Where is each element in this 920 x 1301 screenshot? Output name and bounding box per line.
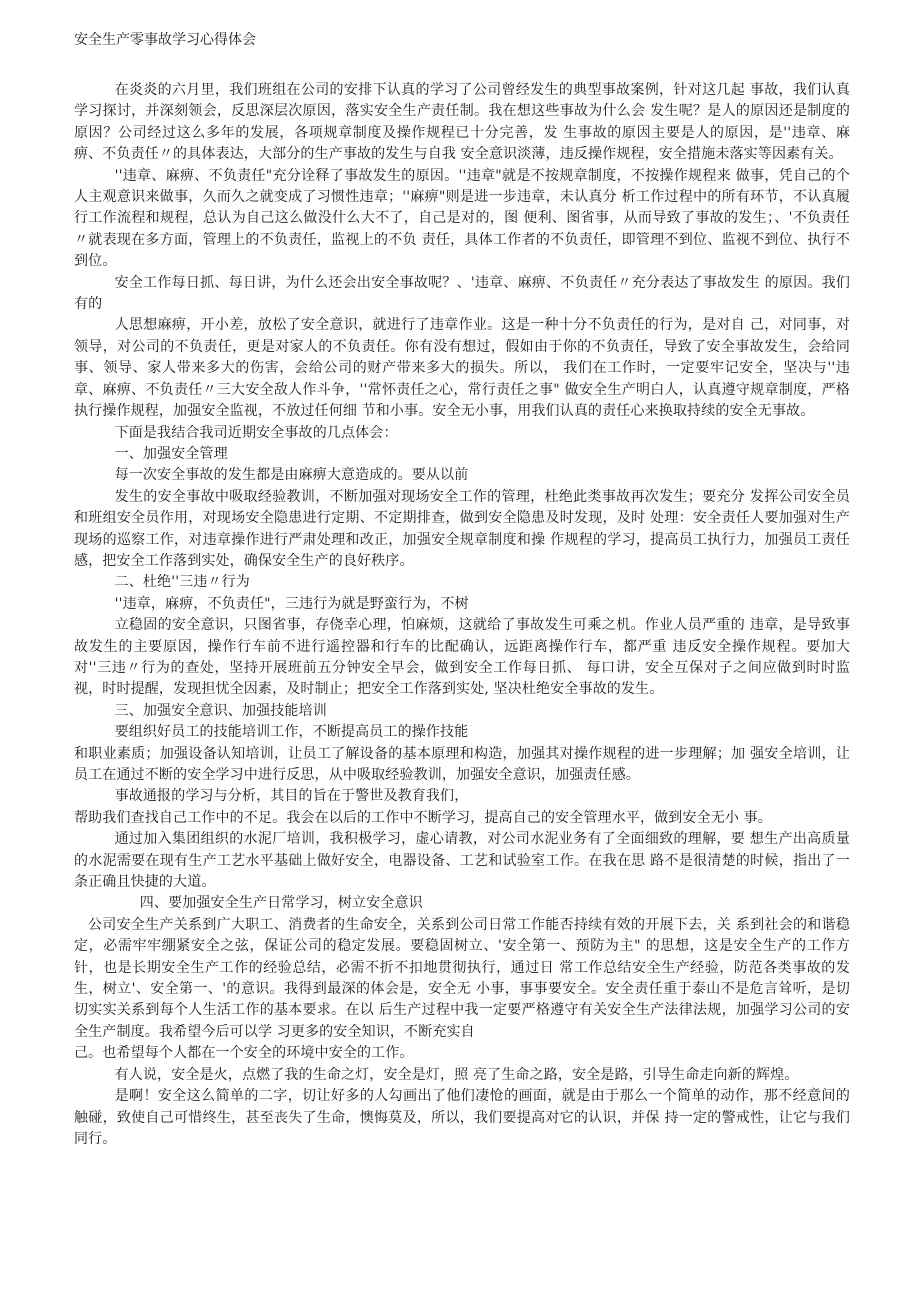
paragraph: 要组织好员工的技能培训工作，不断提高员工的操作技能 — [74, 722, 850, 743]
paragraph: 三、加强安全意识、加强技能培训 — [74, 701, 850, 722]
paragraph: 和职业素质；加强设备认知培训，让员工了解设备的基本原理和构造，加强其对操作规程的… — [74, 744, 850, 787]
paragraph: 安全工作每日抓、每日讲，为什么还会出安全事故呢？、'违章、麻痹、不负责任〃充分表… — [74, 273, 850, 316]
paragraph: 事故通报的学习与分析，其目的旨在于警世及教育我们， — [74, 786, 850, 807]
paragraph: 二、杜绝''三违〃行为 — [74, 572, 850, 593]
paragraph: 是啊！安全这么简单的二字，切让好多的人勾画出了他们凄怆的画面，就是由于那么一个简… — [74, 1086, 850, 1150]
paragraph: 每一次安全事故的发生都是由麻痹大意造成的。要从以前 — [74, 465, 850, 486]
paragraph: 己。也希望每个人都在一个安全的环境中安全的工作。 — [74, 1043, 850, 1064]
document-page: 安全生产零事故学习心得体会 在炎炎的六月里，我们班组在公司的安排下认真的学习了公… — [74, 30, 850, 1150]
paragraph: 四、要加强安全生产日常学习，树立安全意识 — [74, 893, 850, 914]
paragraph: 帮助我们查找自己工作中的不足。我会在以后的工作中不断学习，提高自己的安全管理水平… — [74, 808, 850, 829]
paragraph: 通过加入集团组织的水泥厂培训，我积极学习，虚心请教，对公司水泥业务有了全面细致的… — [74, 829, 850, 893]
paragraph: ''违章，麻痹，不负责任"，三违行为就是野蛮行为，不树 — [74, 594, 850, 615]
paragraph: 一、加强安全管理 — [74, 444, 850, 465]
paragraph: 有人说，安全是火，点燃了我的生命之灯，安全是灯，照 亮了生命之路，安全是路，引导… — [74, 1065, 850, 1086]
document-title: 安全生产零事故学习心得体会 — [74, 30, 850, 50]
paragraph: 人思想麻痹，开小差，放松了安全意识，就进行了违章作业。这是一种十分不负责任的行为… — [74, 315, 850, 422]
document-body: 在炎炎的六月里，我们班组在公司的安排下认真的学习了公司曾经发生的典型事故案例，针… — [74, 80, 850, 1150]
paragraph: 立稳固的安全意识，只图省事，存侥幸心理，怕麻烦，这就给了事故发生可乘之机。作业人… — [74, 615, 850, 701]
paragraph: 在炎炎的六月里，我们班组在公司的安排下认真的学习了公司曾经发生的典型事故案例，针… — [74, 80, 850, 166]
paragraph: 发生的安全事故中吸取经验教训，不断加强对现场安全工作的管理，杜绝此类事故再次发生… — [74, 487, 850, 573]
paragraph: 下面是我结合我司近期安全事故的几点体会： — [74, 423, 850, 444]
paragraph: 公司安全生产关系到广大职工、消费者的生命安全，关系到公司日常工作能否持续有效的开… — [74, 915, 850, 1043]
paragraph: ''违章、麻痹、不负责任"充分诠释了事故发生的原因。''违章"就是不按规章制度，… — [74, 166, 850, 273]
